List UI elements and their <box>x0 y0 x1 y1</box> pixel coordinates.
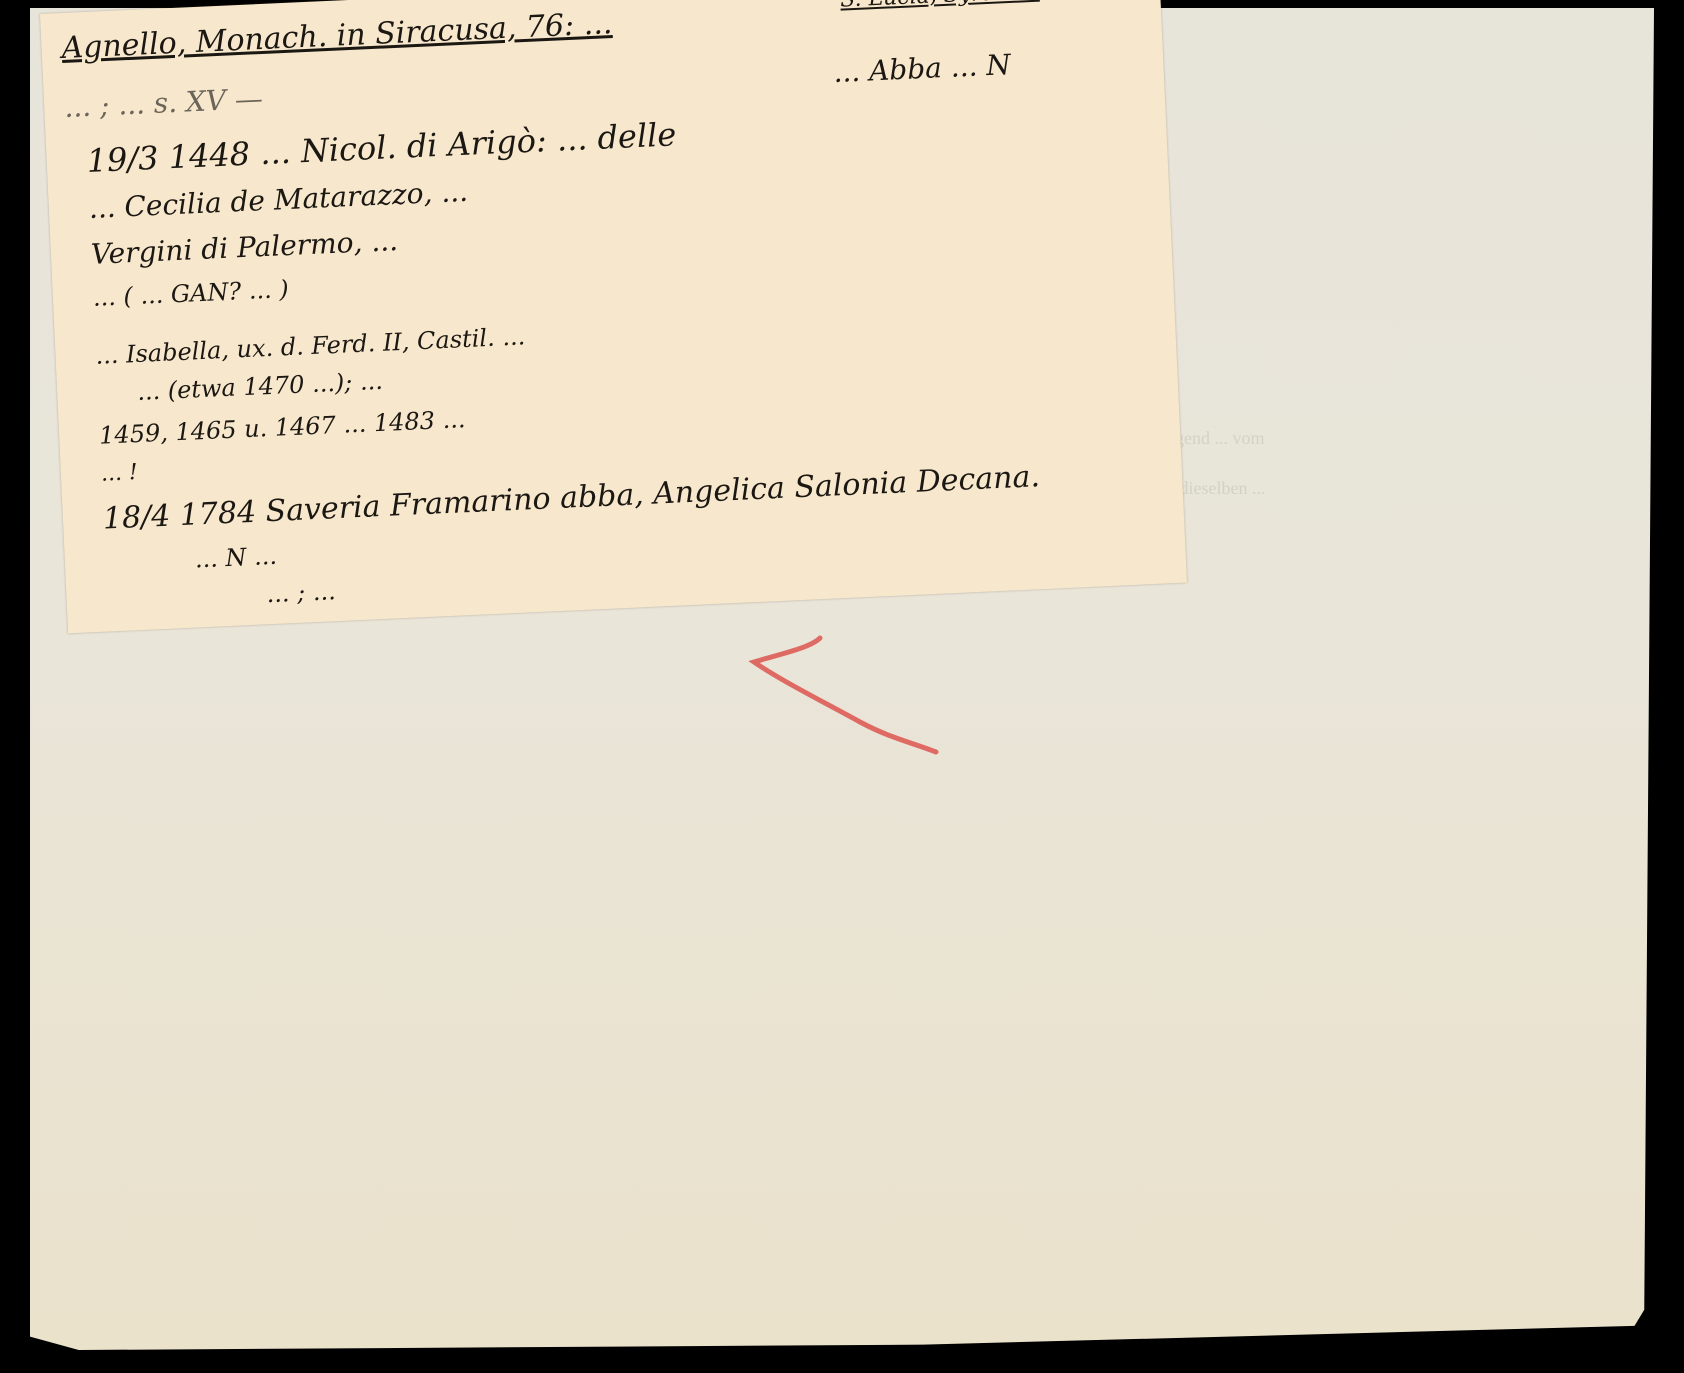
slip-line: ... ; ... s. XV — <box>64 82 264 124</box>
slip-line-1784: 18/4 1784 Saveria Framarino abba, Angeli… <box>102 459 1040 537</box>
slip-line: ... N ... <box>194 542 277 574</box>
slip-line: ... (etwa 1470 ...); ... <box>137 367 384 406</box>
slip-line: 1459, 1465 u. 1467 ... 1483 ... <box>99 405 466 450</box>
red-pencil-mark-icon <box>740 630 980 770</box>
slip-line-1448: 19/3 1448 ... Nicol. di Arigò: ... delle <box>86 115 677 180</box>
handwritten-slip: Agnello, Monach. in Siracusa, 76: ... S.… <box>40 0 1187 633</box>
slip-line: ... Abba ... N <box>833 48 1012 89</box>
slip-line-monastery: S. Lucia, Syracus. <box>840 0 1040 13</box>
slip-line: ... Isabella, ux. d. Ferd. II, Castil. .… <box>95 322 526 369</box>
slip-line: ... ; ... <box>266 577 336 608</box>
slip-line-heading: Agnello, Monach. in Siracusa, 76: ... <box>61 6 613 66</box>
slip-line: ... ( ... GAN? ... ) <box>92 275 289 312</box>
slip-line: Vergini di Palermo, ... <box>90 224 398 271</box>
slip-line: ... ! <box>100 460 138 487</box>
slip-line: ... Cecilia de Matarazzo, ... <box>88 175 468 225</box>
